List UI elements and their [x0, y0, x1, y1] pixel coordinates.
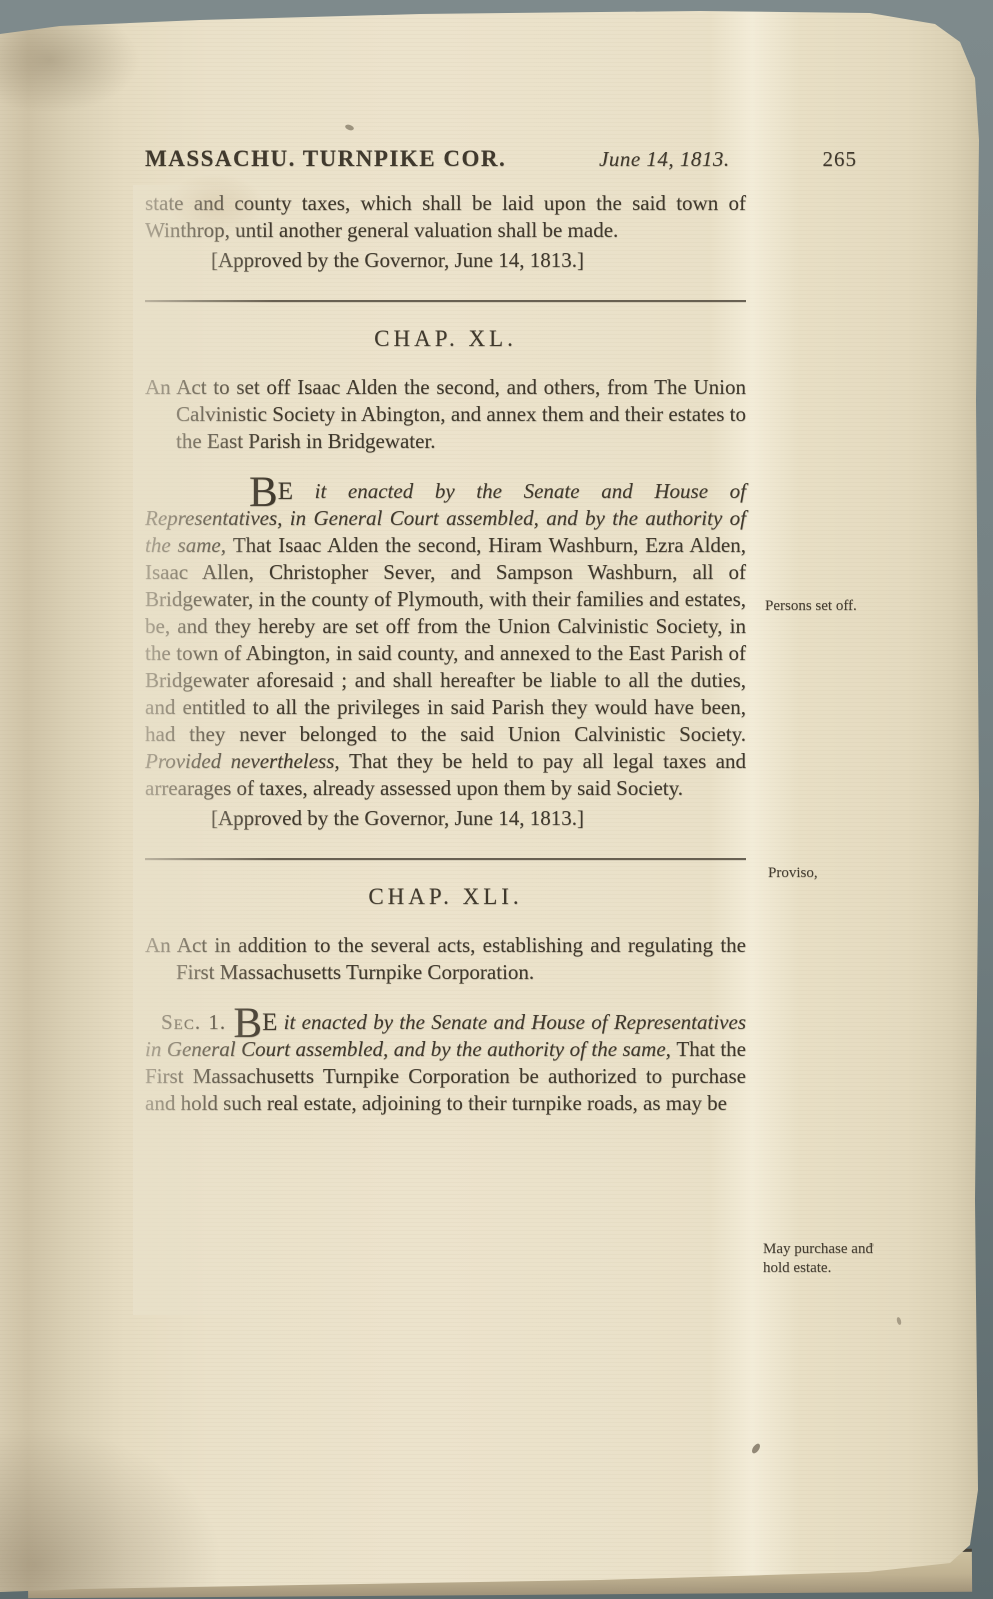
page-header: MASSACHU. TURNPIKE COR. June 14, 1813. 2…	[145, 146, 857, 172]
scanned-book-page: MASSACHU. TURNPIKE COR. June 14, 1813. 2…	[0, 0, 993, 1599]
running-title: MASSACHU. TURNPIKE COR.	[145, 146, 506, 172]
ink-speck	[750, 1442, 761, 1454]
chapter-xli-section-1: Sec. 1. BE it enacted by the Senate and …	[145, 1009, 746, 1117]
ink-speck	[344, 124, 354, 132]
chapter-xl-act-title: An Act to set off Isaac Alden the second…	[145, 374, 746, 455]
text-column: state and county taxes, which shall be l…	[145, 190, 746, 1117]
enacting-dropcap-small: E	[262, 1009, 277, 1036]
section-divider	[145, 300, 746, 302]
chapter-xl-heading: CHAP. XL.	[145, 325, 746, 352]
proviso-italic: Provided nevertheless,	[145, 749, 349, 773]
chapter-xl-enacting-clause: BE it enacted by the Senate and House of…	[145, 478, 746, 802]
paper-leaf: MASSACHU. TURNPIKE COR. June 14, 1813. 2…	[0, 0, 993, 1599]
chapter-xl-approval: [Approved by the Governor, June 14, 1813…	[145, 805, 746, 832]
section-divider	[145, 858, 746, 860]
margin-note-may-purchase: May purchase and hold estate.	[763, 1240, 875, 1277]
previous-act-body: state and county taxes, which shall be l…	[145, 190, 746, 244]
page-number: 265	[823, 147, 858, 172]
ink-speck	[896, 1317, 902, 1326]
header-date: June 14, 1813.	[599, 147, 730, 172]
chapter-xli-act-title: An Act in addition to the several acts, …	[145, 932, 746, 986]
ink-speck	[869, 1243, 874, 1247]
chapter-xli-heading: CHAP. XLI.	[145, 883, 746, 910]
margin-note-proviso: Proviso,	[768, 864, 880, 883]
enacting-dropcap-small: E	[278, 478, 293, 505]
enacting-body-text: That Isaac Alden the second, Hiram Washb…	[145, 533, 746, 746]
previous-act-approval: [Approved by the Governor, June 14, 1813…	[145, 247, 746, 274]
section-label: Sec. 1.	[161, 1010, 233, 1034]
margin-note-persons-set-off: Persons set off.	[765, 597, 877, 616]
